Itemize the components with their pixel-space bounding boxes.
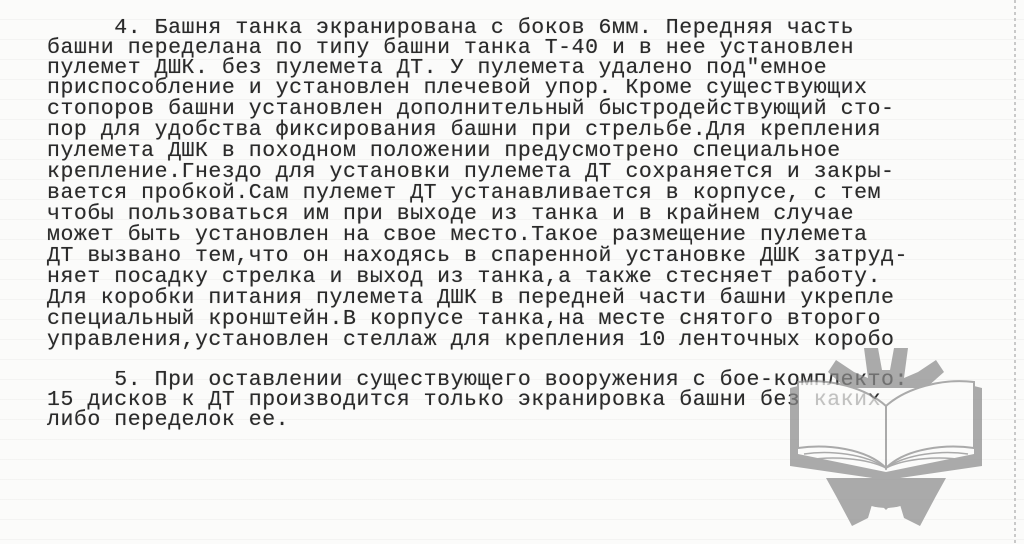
paragraph-4-line-15: специальный кронштейн.В корпусе танка,на…	[47, 309, 881, 329]
paragraph-4-line-13: няет посадку стрелка и выход из танка,а …	[47, 267, 881, 287]
paragraph-5-line-1: 5. При оставлении существующего вооружен…	[47, 370, 908, 390]
paragraph-4-line-3: пулемет ДШК. без пулемета ДТ. У пулемета…	[47, 58, 827, 78]
paragraph-4-line-6: пор для удобства фиксирования башни при …	[47, 120, 881, 140]
document-page: 4. Башня танка экранирована с боков 6мм.…	[0, 0, 1024, 544]
paragraph-4-line-16: управления,установлен стеллаж для крепле…	[47, 330, 894, 350]
paragraph-4-line-11: может быть установлен на свое место.Тако…	[47, 225, 868, 245]
paragraph-4-line-10: чтобы пользоваться им при выходе из танк…	[47, 204, 854, 224]
paragraph-4-line-7: пулемета ДШК в походном положении предус…	[47, 141, 841, 161]
paragraph-4-line-4: приспособление и установлен плечевой упо…	[47, 78, 868, 98]
paragraph-5-line-2: 15 дисков к ДТ производится только экран…	[47, 390, 881, 410]
paragraph-4-line-9: вается пробкой.Сам пулемет ДТ устанавлив…	[47, 183, 881, 203]
paragraph-5-line-3: либо переделок ее.	[47, 410, 289, 430]
paragraph-4-line-1: 4. Башня танка экранирована с боков 6мм.…	[47, 18, 854, 38]
paragraph-4-line-8: крепление.Гнездо для установки пулемета …	[47, 162, 894, 182]
page-edge	[1014, 0, 1016, 544]
paragraph-4-line-5: стопоров башни установлен дополнительный…	[47, 99, 894, 119]
paragraph-4-line-14: Для коробки питания пулемета ДШК в перед…	[47, 288, 894, 308]
open-book-gear-icon	[786, 348, 986, 528]
paragraph-4-line-2: башни переделана по типу башни танка Т-4…	[47, 38, 854, 58]
paragraph-4-line-12: ДТ вызвано тем,что он находясь в спаренн…	[47, 246, 908, 266]
